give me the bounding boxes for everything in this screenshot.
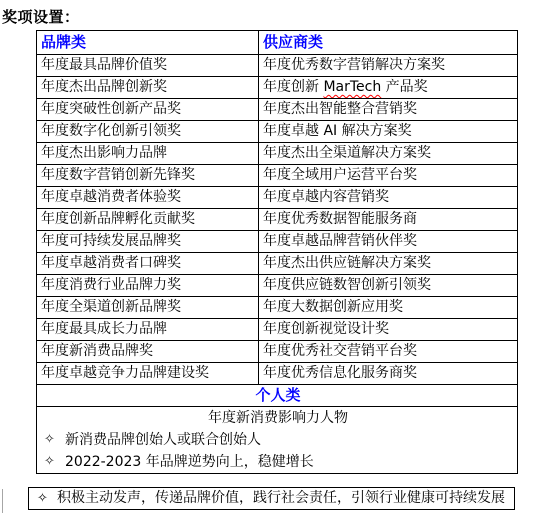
table-row: 年度新消费品牌奖 年度优秀社交营销平台奖 bbox=[37, 341, 518, 363]
brand-award-cell: 年度新消费品牌奖 bbox=[37, 341, 259, 363]
page-title: 奖项设置： bbox=[2, 6, 80, 27]
table-header-row: 品牌类 供应商类 bbox=[37, 31, 518, 55]
supplier-award-cell: 年度大数据创新应用奖 bbox=[259, 297, 518, 319]
awards-table: 品牌类 供应商类 年度最具品牌价值奖 年度优秀数字营销解决方案奖 年度杰出品牌创… bbox=[36, 30, 518, 474]
personal-category-header-row: 个人类 bbox=[37, 385, 518, 407]
brand-award-cell: 年度卓越竞争力品牌建设奖 bbox=[37, 363, 259, 385]
footer-note-box: ✧ 积极主动发声，传递品牌价值，践行社会责任，引领行业健康可持续发展 bbox=[28, 487, 515, 510]
table-row: 年度突破性创新产品奖 年度杰出智能整合营销奖 bbox=[37, 99, 518, 121]
supplier-award-cell: 年度杰出智能整合营销奖 bbox=[259, 99, 518, 121]
supplier-award-cell: 年度杰出全渠道解决方案奖 bbox=[259, 143, 518, 165]
table-row: 年度卓越竞争力品牌建设奖 年度优秀信息化服务商奖 bbox=[37, 363, 518, 385]
supplier-award-cell: 年度全域用户运营平台奖 bbox=[259, 165, 518, 187]
page-margin-mark bbox=[2, 489, 3, 513]
table-row: 年度最具成长力品牌 年度创新视觉设计奖 bbox=[37, 319, 518, 341]
brand-award-cell: 年度可持续发展品牌奖 bbox=[37, 231, 259, 253]
brand-award-cell: 年度创新品牌孵化贡献奖 bbox=[37, 209, 259, 231]
award-text: 产品奖 bbox=[381, 79, 427, 95]
brand-award-cell: 年度卓越消费者口碑奖 bbox=[37, 253, 259, 275]
table-row: 年度数字化创新引领奖 年度卓越 AI 解决方案奖 bbox=[37, 121, 518, 143]
personal-bullet-text: 2022-2023 年品牌逆势向上，稳健增长 bbox=[65, 451, 314, 473]
supplier-award-cell: 年度优秀数字营销解决方案奖 bbox=[259, 55, 518, 77]
table-row: 年度全渠道创新品牌奖 年度大数据创新应用奖 bbox=[37, 297, 518, 319]
supplier-award-cell: 年度供应链数智创新引领奖 bbox=[259, 275, 518, 297]
brand-award-cell: 年度杰出品牌创新奖 bbox=[37, 77, 259, 99]
table-row: 年度杰出品牌创新奖 年度创新 MarTech 产品奖 bbox=[37, 77, 518, 99]
column-header-brand: 品牌类 bbox=[37, 31, 259, 55]
award-text: 年度创新 bbox=[263, 79, 323, 95]
supplier-award-cell: 年度创新 MarTech 产品奖 bbox=[259, 77, 518, 99]
column-header-supplier: 供应商类 bbox=[259, 31, 518, 55]
supplier-award-cell: 年度卓越品牌营销伙伴奖 bbox=[259, 231, 518, 253]
table-row: 年度卓越消费者体验奖 年度卓越内容营销奖 bbox=[37, 187, 518, 209]
personal-award-title: 年度新消费影响力人物 bbox=[41, 407, 515, 429]
supplier-award-cell: 年度卓越 AI 解决方案奖 bbox=[259, 121, 518, 143]
spellcheck-underlined-word: MarTech bbox=[323, 79, 381, 95]
supplier-award-cell: 年度优秀社交营销平台奖 bbox=[259, 341, 518, 363]
supplier-award-cell: 年度卓越内容营销奖 bbox=[259, 187, 518, 209]
diamond-bullet-icon: ✧ bbox=[41, 429, 65, 451]
brand-award-cell: 年度全渠道创新品牌奖 bbox=[37, 297, 259, 319]
personal-category-header: 个人类 bbox=[37, 385, 518, 407]
brand-award-cell: 年度消费行业品牌力奖 bbox=[37, 275, 259, 297]
table-row: 年度创新品牌孵化贡献奖 年度优秀数据智能服务商 bbox=[37, 209, 518, 231]
supplier-award-cell: 年度优秀信息化服务商奖 bbox=[259, 363, 518, 385]
personal-category-content-row: 年度新消费影响力人物 ✧ 新消费品牌创始人或联合创始人 ✧ 2022-2023 … bbox=[37, 407, 518, 474]
supplier-award-cell: 年度杰出供应链解决方案奖 bbox=[259, 253, 518, 275]
brand-award-cell: 年度数字营销创新先锋奖 bbox=[37, 165, 259, 187]
brand-award-cell: 年度杰出影响力品牌 bbox=[37, 143, 259, 165]
table-row: 年度卓越消费者口碑奖 年度杰出供应链解决方案奖 bbox=[37, 253, 518, 275]
brand-award-cell: 年度突破性创新产品奖 bbox=[37, 99, 259, 121]
diamond-bullet-icon: ✧ bbox=[41, 451, 65, 473]
table-row: 年度杰出影响力品牌 年度杰出全渠道解决方案奖 bbox=[37, 143, 518, 165]
personal-category-cell: 年度新消费影响力人物 ✧ 新消费品牌创始人或联合创始人 ✧ 2022-2023 … bbox=[37, 407, 518, 474]
brand-award-cell: 年度卓越消费者体验奖 bbox=[37, 187, 259, 209]
table-row: 年度最具品牌价值奖 年度优秀数字营销解决方案奖 bbox=[37, 55, 518, 77]
personal-bullet-item: ✧ 2022-2023 年品牌逆势向上，稳健增长 bbox=[41, 451, 515, 473]
personal-bullet-item: ✧ 新消费品牌创始人或联合创始人 bbox=[41, 429, 515, 451]
brand-award-cell: 年度最具成长力品牌 bbox=[37, 319, 259, 341]
supplier-award-cell: 年度优秀数据智能服务商 bbox=[259, 209, 518, 231]
table-row: 年度数字营销创新先锋奖 年度全域用户运营平台奖 bbox=[37, 165, 518, 187]
personal-bullet-text: 新消费品牌创始人或联合创始人 bbox=[65, 429, 261, 451]
table-row: 年度消费行业品牌力奖 年度供应链数智创新引领奖 bbox=[37, 275, 518, 297]
brand-award-cell: 年度数字化创新引领奖 bbox=[37, 121, 259, 143]
footer-note-text: 积极主动发声，传递品牌价值，践行社会责任，引领行业健康可持续发展 bbox=[57, 488, 505, 509]
supplier-award-cell: 年度创新视觉设计奖 bbox=[259, 319, 518, 341]
table-row: 年度可持续发展品牌奖 年度卓越品牌营销伙伴奖 bbox=[37, 231, 518, 253]
brand-award-cell: 年度最具品牌价值奖 bbox=[37, 55, 259, 77]
diamond-bullet-icon: ✧ bbox=[29, 488, 57, 509]
